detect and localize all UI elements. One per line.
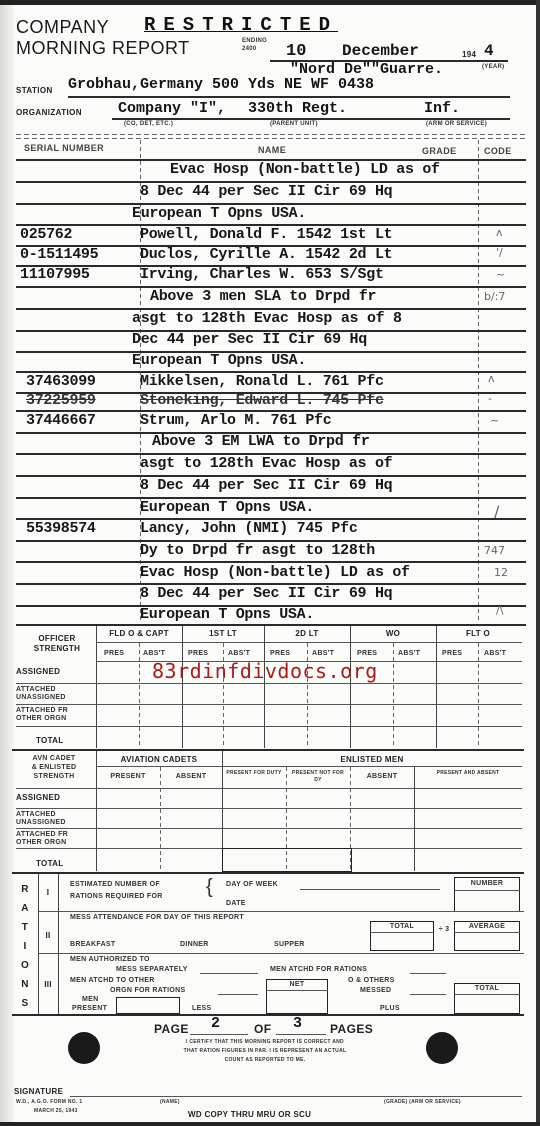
sub-abst: ABS'T bbox=[143, 650, 165, 657]
morning-report-label: MORNING REPORT bbox=[16, 38, 190, 59]
net-label: NET bbox=[266, 981, 328, 988]
page-number: 2 bbox=[211, 1015, 220, 1032]
sub-abst: ABS'T bbox=[398, 650, 420, 657]
year-digit: 4 bbox=[484, 42, 494, 60]
year-caption: (YEAR) bbox=[482, 64, 504, 70]
certification-line-3: COUNT AS REPORTED TO ME. bbox=[130, 1057, 400, 1063]
col-present: PRESENT bbox=[96, 773, 160, 780]
rations-vertical-label: R A T I O N S bbox=[14, 880, 36, 1013]
entry-text: asgt to 128th Evac Hosp as of bbox=[140, 455, 392, 472]
row-attached-fr-other-orgn: ATTACHED FR OTHER ORGN bbox=[16, 707, 86, 723]
entry-serial: 55398574 bbox=[26, 520, 96, 537]
scan-edge-left bbox=[0, 0, 14, 1126]
enlisted-title-2: & ENLISTED bbox=[14, 764, 94, 771]
col-present-not-for-dy: PRESENT NOT FOR DY bbox=[288, 770, 348, 784]
code-mark: 12 bbox=[494, 566, 508, 579]
station-value: Grobhau,Germany 500 Yds NE WF 0438 bbox=[68, 76, 374, 93]
enlisted-title-3: STRENGTH bbox=[14, 773, 94, 780]
enlisted-men-header: ENLISTED MEN bbox=[222, 755, 522, 764]
men-authorized-label: MEN AUTHORIZED TO bbox=[70, 956, 150, 963]
group-flt-o: FLT O bbox=[436, 629, 520, 638]
supper-label: SUPPER bbox=[274, 941, 305, 948]
wd-copy-note: WD COPY THRU MRU OR SCU bbox=[188, 1110, 311, 1119]
form-date: MARCH 25, 1943 bbox=[34, 1108, 78, 1114]
rations-letter: I bbox=[14, 937, 36, 956]
average-label: AVERAGE bbox=[454, 923, 520, 930]
section-iii-number: III bbox=[38, 980, 58, 989]
ending-time-label: 2400 bbox=[242, 46, 257, 52]
entry-text: European T Opns USA. bbox=[140, 499, 314, 516]
binder-hole-left bbox=[68, 1032, 100, 1064]
name-caption: (NAME) bbox=[160, 1099, 180, 1105]
caption-arm: (ARM OR SERVICE) bbox=[426, 121, 487, 127]
entry-serial: 37463099 bbox=[26, 373, 96, 390]
scan-edge-bottom bbox=[0, 1122, 540, 1126]
entry-text: 8 Dec 44 per Sec II Cir 69 Hq bbox=[140, 585, 392, 602]
morning-report-page: COMPANY RESTRICTED MORNING REPORT ENDING… bbox=[0, 0, 540, 1126]
restricted-stamp: RESTRICTED bbox=[144, 14, 338, 36]
signature-label: SIGNATURE bbox=[14, 1087, 63, 1096]
sub-pres: PRES bbox=[104, 650, 124, 657]
entry-text: 8 Dec 44 per Sec II Cir 69 Hq bbox=[140, 183, 392, 200]
report-month: December bbox=[342, 42, 419, 60]
entry-text: asgt to 128th Evac Hosp as of 8 bbox=[132, 310, 402, 327]
grade-caption: (GRADE) (ARM OR SERVICE) bbox=[384, 1099, 461, 1105]
sub-pres: PRES bbox=[357, 650, 377, 657]
present-label: PRESENT bbox=[72, 1005, 107, 1012]
number-label: NUMBER bbox=[454, 880, 520, 887]
group-1st-lt: 1ST LT bbox=[182, 629, 264, 638]
entry-text: Evac Hosp (Non-battle) LD as of bbox=[170, 161, 440, 178]
certification-line-1: I CERTIFY THAT THIS MORNING REPORT IS CO… bbox=[130, 1039, 400, 1045]
mess-separately-label: MESS SEPARATELY bbox=[116, 966, 188, 973]
sub-abst: ABS'T bbox=[228, 650, 250, 657]
orgn-for-rations-label: ORGN FOR RATIONS bbox=[110, 987, 185, 994]
caption-co: (CO, DET, ETC.) bbox=[124, 121, 173, 127]
pages-label: PAGES bbox=[330, 1022, 373, 1036]
scan-edge-top bbox=[0, 0, 540, 5]
total-label: TOTAL bbox=[370, 923, 434, 930]
code-mark: b/:7 bbox=[484, 290, 505, 303]
entry-text: Powell, Donald F. 1542 1st Lt bbox=[140, 226, 392, 243]
o-others-label: O & OTHERS bbox=[348, 977, 395, 984]
entry-text: Evac Hosp (Non-battle) LD as of bbox=[140, 564, 410, 581]
divide-by-three: ÷ 3 bbox=[436, 926, 452, 933]
page-label: PAGE bbox=[154, 1022, 189, 1036]
row-total: TOTAL bbox=[36, 859, 63, 868]
officer-strength-title: OFFICER bbox=[22, 634, 92, 643]
breakfast-label: BREAKFAST bbox=[70, 941, 115, 948]
code-mark: ~ bbox=[490, 414, 499, 427]
form-number: W.D., A.G.O. FORM NO. 1 bbox=[16, 1099, 82, 1105]
entry-text: Mikkelsen, Ronald L. 761 Pfc bbox=[140, 373, 384, 390]
rations-letter: A bbox=[14, 899, 36, 918]
date-label: DATE bbox=[226, 900, 246, 907]
officer-strength-title-2: STRENGTH bbox=[22, 644, 92, 653]
binder-hole-right bbox=[426, 1032, 458, 1064]
row-attached-fr-other-orgn: ATTACHED FR OTHER ORGN bbox=[16, 831, 86, 847]
row-total: TOTAL bbox=[36, 736, 63, 745]
rations-letter: O bbox=[14, 956, 36, 975]
section-i-number: I bbox=[38, 888, 58, 897]
column-grade: GRADE bbox=[422, 146, 457, 156]
entry-text: European T Opns USA. bbox=[132, 205, 306, 222]
company-label: COMPANY bbox=[16, 17, 109, 38]
entry-text: Dy to Drpd fr asgt to 128th bbox=[140, 542, 375, 559]
watermark: 83rdinfdivdocs.org bbox=[152, 659, 378, 683]
organization-regiment: 330th Regt. bbox=[248, 100, 347, 117]
code-mark: '/ bbox=[496, 246, 503, 259]
entry-text: Strum, Arlo M. 761 Pfc bbox=[140, 412, 331, 429]
column-code: CODE bbox=[484, 146, 512, 156]
code-mark: - bbox=[488, 392, 492, 405]
row-assigned: ASSIGNED bbox=[16, 793, 60, 802]
day-of-week-label: DAY OF WEEK bbox=[226, 881, 278, 888]
column-serial-number: SERIAL NUMBER bbox=[24, 143, 104, 153]
men-present-box[interactable] bbox=[116, 997, 180, 1014]
entry-text: Irving, Charles W. 653 S/Sgt bbox=[140, 266, 384, 283]
col-absent-em: ABSENT bbox=[350, 773, 414, 780]
station-label: STATION bbox=[16, 86, 53, 95]
rations-letter: R bbox=[14, 880, 36, 899]
sub-pres: PRES bbox=[188, 650, 208, 657]
men-present-label: MEN bbox=[82, 996, 98, 1003]
year-prefix: 194 bbox=[462, 50, 476, 59]
entry-text: European T Opns USA. bbox=[132, 352, 306, 369]
entry-text: Above 3 EM LWA to Drpd fr bbox=[152, 433, 370, 450]
organization-label: ORGANIZATION bbox=[16, 108, 82, 117]
scan-edge-right bbox=[536, 0, 540, 1126]
total3-label: TOTAL bbox=[454, 985, 520, 992]
sub-pres: PRES bbox=[442, 650, 462, 657]
group-2d-lt: 2D LT bbox=[264, 629, 350, 638]
entry-text: Duclos, Cyrille A. 1542 2d Lt bbox=[140, 246, 392, 263]
column-name: NAME bbox=[258, 145, 286, 155]
rations-letter: T bbox=[14, 918, 36, 937]
signature-line[interactable] bbox=[70, 1096, 522, 1097]
code-mark: ʌ bbox=[496, 226, 503, 239]
section-ii-number: II bbox=[38, 931, 58, 940]
entry-text: Lancy, John (NMI) 745 Pfc bbox=[140, 520, 358, 537]
estimated-rations-label: ESTIMATED NUMBER OF bbox=[70, 881, 160, 888]
aviation-cadets-header: AVIATION CADETS bbox=[96, 755, 222, 764]
col-present-and-absent: PRESENT AND ABSENT bbox=[416, 770, 520, 777]
dinner-label: DINNER bbox=[180, 941, 209, 948]
entry-text: Above 3 men SLA to Drpd fr bbox=[150, 288, 376, 305]
entry-serial: 37446667 bbox=[26, 412, 96, 429]
sub-abst: ABS'T bbox=[312, 650, 334, 657]
code-mark: /\ bbox=[496, 604, 503, 617]
sub-abst: ABS'T bbox=[484, 650, 506, 657]
code-mark: ~ bbox=[496, 268, 505, 281]
group-fld-o-capt: FLD O & CAPT bbox=[96, 629, 182, 638]
code-mark: 747 bbox=[484, 544, 505, 557]
col-present-for-duty: PRESENT FOR DUTY bbox=[224, 770, 284, 777]
certification-line-2: THAT RATION FIGURES IN PAR. I IS REPRESE… bbox=[130, 1048, 400, 1054]
sub-pres: PRES bbox=[270, 650, 290, 657]
entry-text: Dec 44 per Sec II Cir 69 Hq bbox=[132, 331, 367, 348]
entry-serial: 11107995 bbox=[20, 266, 90, 283]
less-label: LESS bbox=[192, 1005, 211, 1012]
row-attached-unassigned: ATTACHED UNASSIGNED bbox=[16, 811, 86, 827]
entry-text: European T Opns USA. bbox=[140, 606, 314, 623]
messed-label: MESSED bbox=[360, 987, 391, 994]
entry-text: 8 Dec 44 per Sec II Cir 69 Hq bbox=[140, 477, 392, 494]
men-atchd-rations-label: MEN ATCHD FOR RATIONS bbox=[270, 966, 367, 973]
row-attached-unassigned: ATTACHED UNASSIGNED bbox=[16, 686, 86, 702]
entry-text-struck: Stoneking, Edward L. 745 Pfc bbox=[140, 392, 384, 409]
of-label: OF bbox=[254, 1022, 271, 1036]
men-atchd-other-label: MEN ATCHD TO OTHER bbox=[70, 977, 155, 984]
entry-serial: 025762 bbox=[20, 226, 72, 243]
report-day: 10 bbox=[286, 42, 306, 61]
entry-serial-struck: 37225959 bbox=[26, 392, 96, 409]
mess-attendance-label: MESS ATTENDANCE FOR DAY OF THIS REPORT bbox=[70, 914, 244, 921]
row-assigned: ASSIGNED bbox=[16, 667, 60, 676]
ending-label: ENDING bbox=[242, 38, 267, 44]
group-wo: WO bbox=[350, 629, 436, 638]
rations-letter: N bbox=[14, 975, 36, 994]
enlisted-title-1: AVN CADET bbox=[14, 755, 94, 762]
organization-company: Company "I", bbox=[118, 100, 226, 117]
rations-letter: S bbox=[14, 994, 36, 1013]
code-mark: ʌ bbox=[488, 372, 495, 385]
estimated-rations-label-2: RATIONS REQUIRED FOR bbox=[70, 893, 163, 900]
entry-serial: 0-1511495 bbox=[20, 246, 98, 263]
caption-parent: (PARENT UNIT) bbox=[270, 121, 318, 127]
brace: { bbox=[206, 876, 213, 899]
plus-label: PLUS bbox=[380, 1005, 400, 1012]
organization-arm: Inf. bbox=[424, 100, 460, 117]
col-absent: ABSENT bbox=[160, 773, 222, 780]
total-pages: 3 bbox=[293, 1015, 302, 1032]
